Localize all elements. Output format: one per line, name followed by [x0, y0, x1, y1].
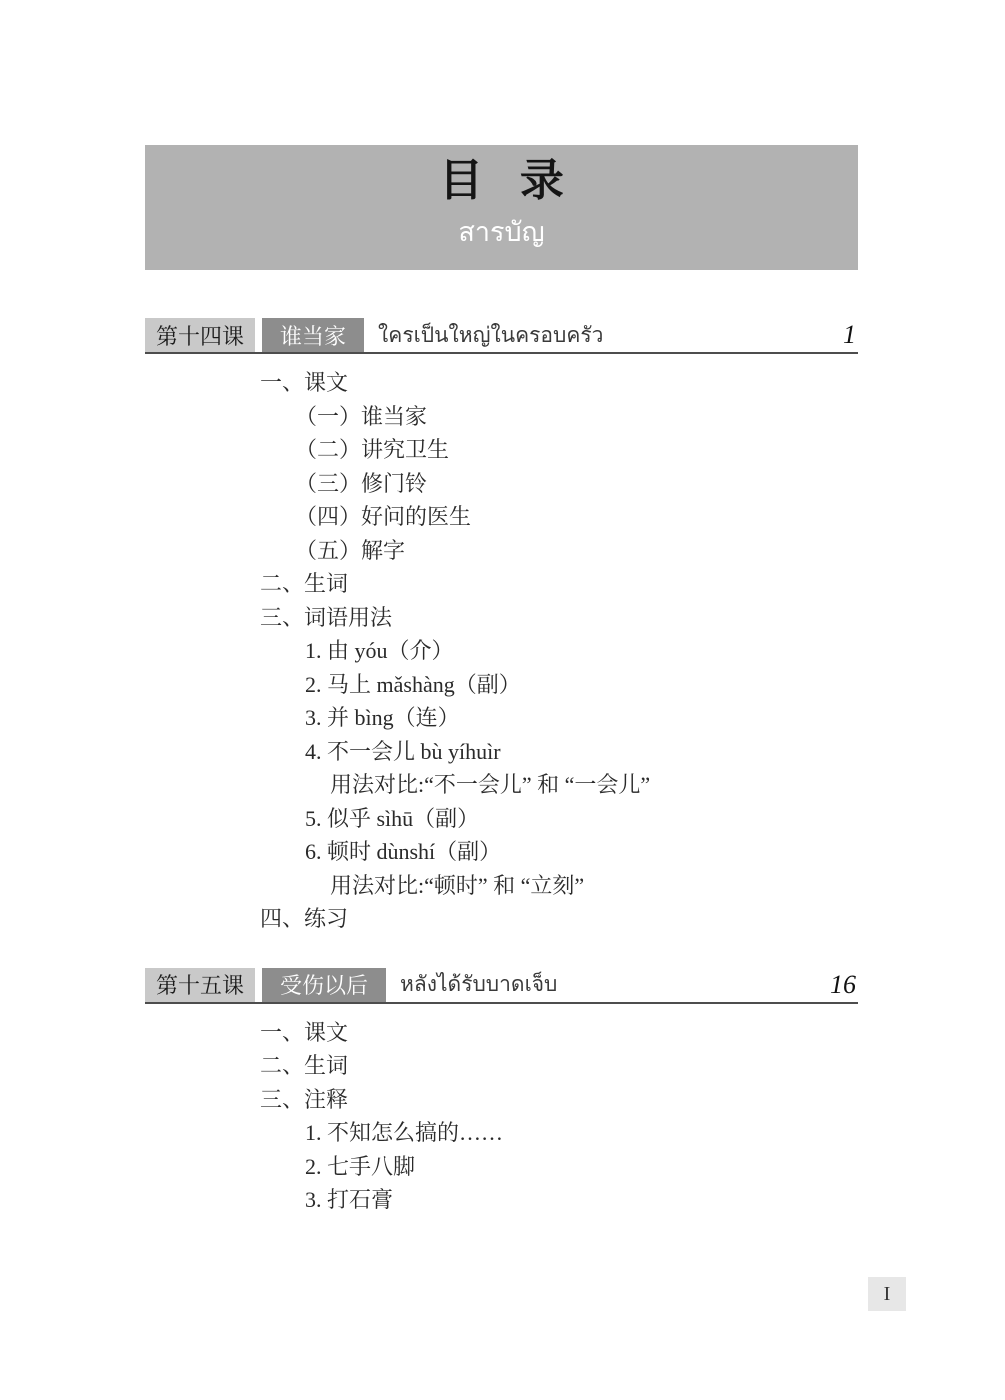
- toc-entry: 四、练习: [145, 902, 858, 936]
- toc-entry: 二、生词: [145, 567, 858, 601]
- toc-entry: 二、生词: [145, 1049, 858, 1083]
- toc-entry: 3. 并 bìng（连）: [145, 701, 858, 735]
- toc-entry-usage-note: 用法对比:“顿时” 和 “立刻”: [145, 869, 858, 903]
- toc-content: 目 录 สารบัญ 第十四课 谁当家 ใครเป็นใหญ่ในครอบครั…: [145, 145, 858, 1217]
- lesson-15-header: 第十五课 受伤以后 หลังได้รับบาดเจ็บ 16: [145, 968, 858, 1004]
- toc-entry: 一、课文: [145, 1016, 858, 1050]
- toc-entry: 一、课文: [145, 366, 858, 400]
- toc-entry: （五）解字: [145, 534, 858, 568]
- toc-entry: 6. 顿时 dùnshí（副）: [145, 835, 858, 869]
- lesson-15-section: 第十五课 受伤以后 หลังได้รับบาดเจ็บ 16 一、课文 二、生词…: [145, 968, 858, 1217]
- toc-entry: 5. 似乎 sìhū（副）: [145, 802, 858, 836]
- toc-entry: 2. 七手八脚: [145, 1150, 858, 1184]
- toc-page: 目 录 สารบัญ 第十四课 谁当家 ใครเป็นใหญ่ในครอบครั…: [0, 0, 1005, 1400]
- toc-entry-usage-note: 用法对比:“不一会儿” 和 “一会儿”: [145, 768, 858, 802]
- lesson-14-header: 第十四课 谁当家 ใครเป็นใหญ่ในครอบครัว 1: [145, 318, 858, 354]
- toc-entry: （一）谁当家: [145, 400, 858, 434]
- toc-entry: 4. 不一会儿 bù yíhuìr: [145, 735, 858, 769]
- toc-header-banner: 目 录 สารบัญ: [145, 145, 858, 270]
- lesson-page-number: 16: [830, 970, 858, 1000]
- lesson-number-badge: 第十四课: [145, 318, 255, 352]
- toc-entry: （四）好问的医生: [145, 500, 858, 534]
- lesson-thai-subtitle: ใครเป็นใหญ่ในครอบครัว: [378, 319, 603, 352]
- toc-entry: 1. 不知怎么搞的……: [145, 1116, 858, 1150]
- toc-entry: 3. 打石膏: [145, 1183, 858, 1217]
- toc-entry: 1. 由 yóu（介）: [145, 634, 858, 668]
- toc-entry: （二）讲究卫生: [145, 433, 858, 467]
- lesson-title-badge: 谁当家: [262, 318, 364, 352]
- toc-entry: 三、注释: [145, 1083, 858, 1117]
- lesson-title-badge: 受伤以后: [262, 968, 386, 1002]
- lesson-page-number: 1: [843, 320, 858, 350]
- lesson-14-section: 第十四课 谁当家 ใครเป็นใหญ่ในครอบครัว 1 一、课文 （一…: [145, 318, 858, 936]
- folio-marker: I: [868, 1277, 906, 1311]
- folio-marker-label: I: [884, 1283, 891, 1306]
- toc-entry: 三、词语用法: [145, 601, 858, 635]
- lesson-15-toc-list: 一、课文 二、生词 三、注释 1. 不知怎么搞的…… 2. 七手八脚 3. 打石…: [145, 1016, 858, 1217]
- toc-entry: （三）修门铃: [145, 467, 858, 501]
- toc-subtitle-thai: สารบัญ: [145, 217, 858, 247]
- toc-entry: 2. 马上 mǎshàng（副）: [145, 668, 858, 702]
- lesson-14-toc-list: 一、课文 （一）谁当家 （二）讲究卫生 （三）修门铃 （四）好问的医生 （五）解…: [145, 366, 858, 936]
- lesson-number-badge: 第十五课: [145, 968, 255, 1002]
- lesson-thai-subtitle: หลังได้รับบาดเจ็บ: [400, 968, 557, 1001]
- toc-title: 目 录: [145, 145, 858, 205]
